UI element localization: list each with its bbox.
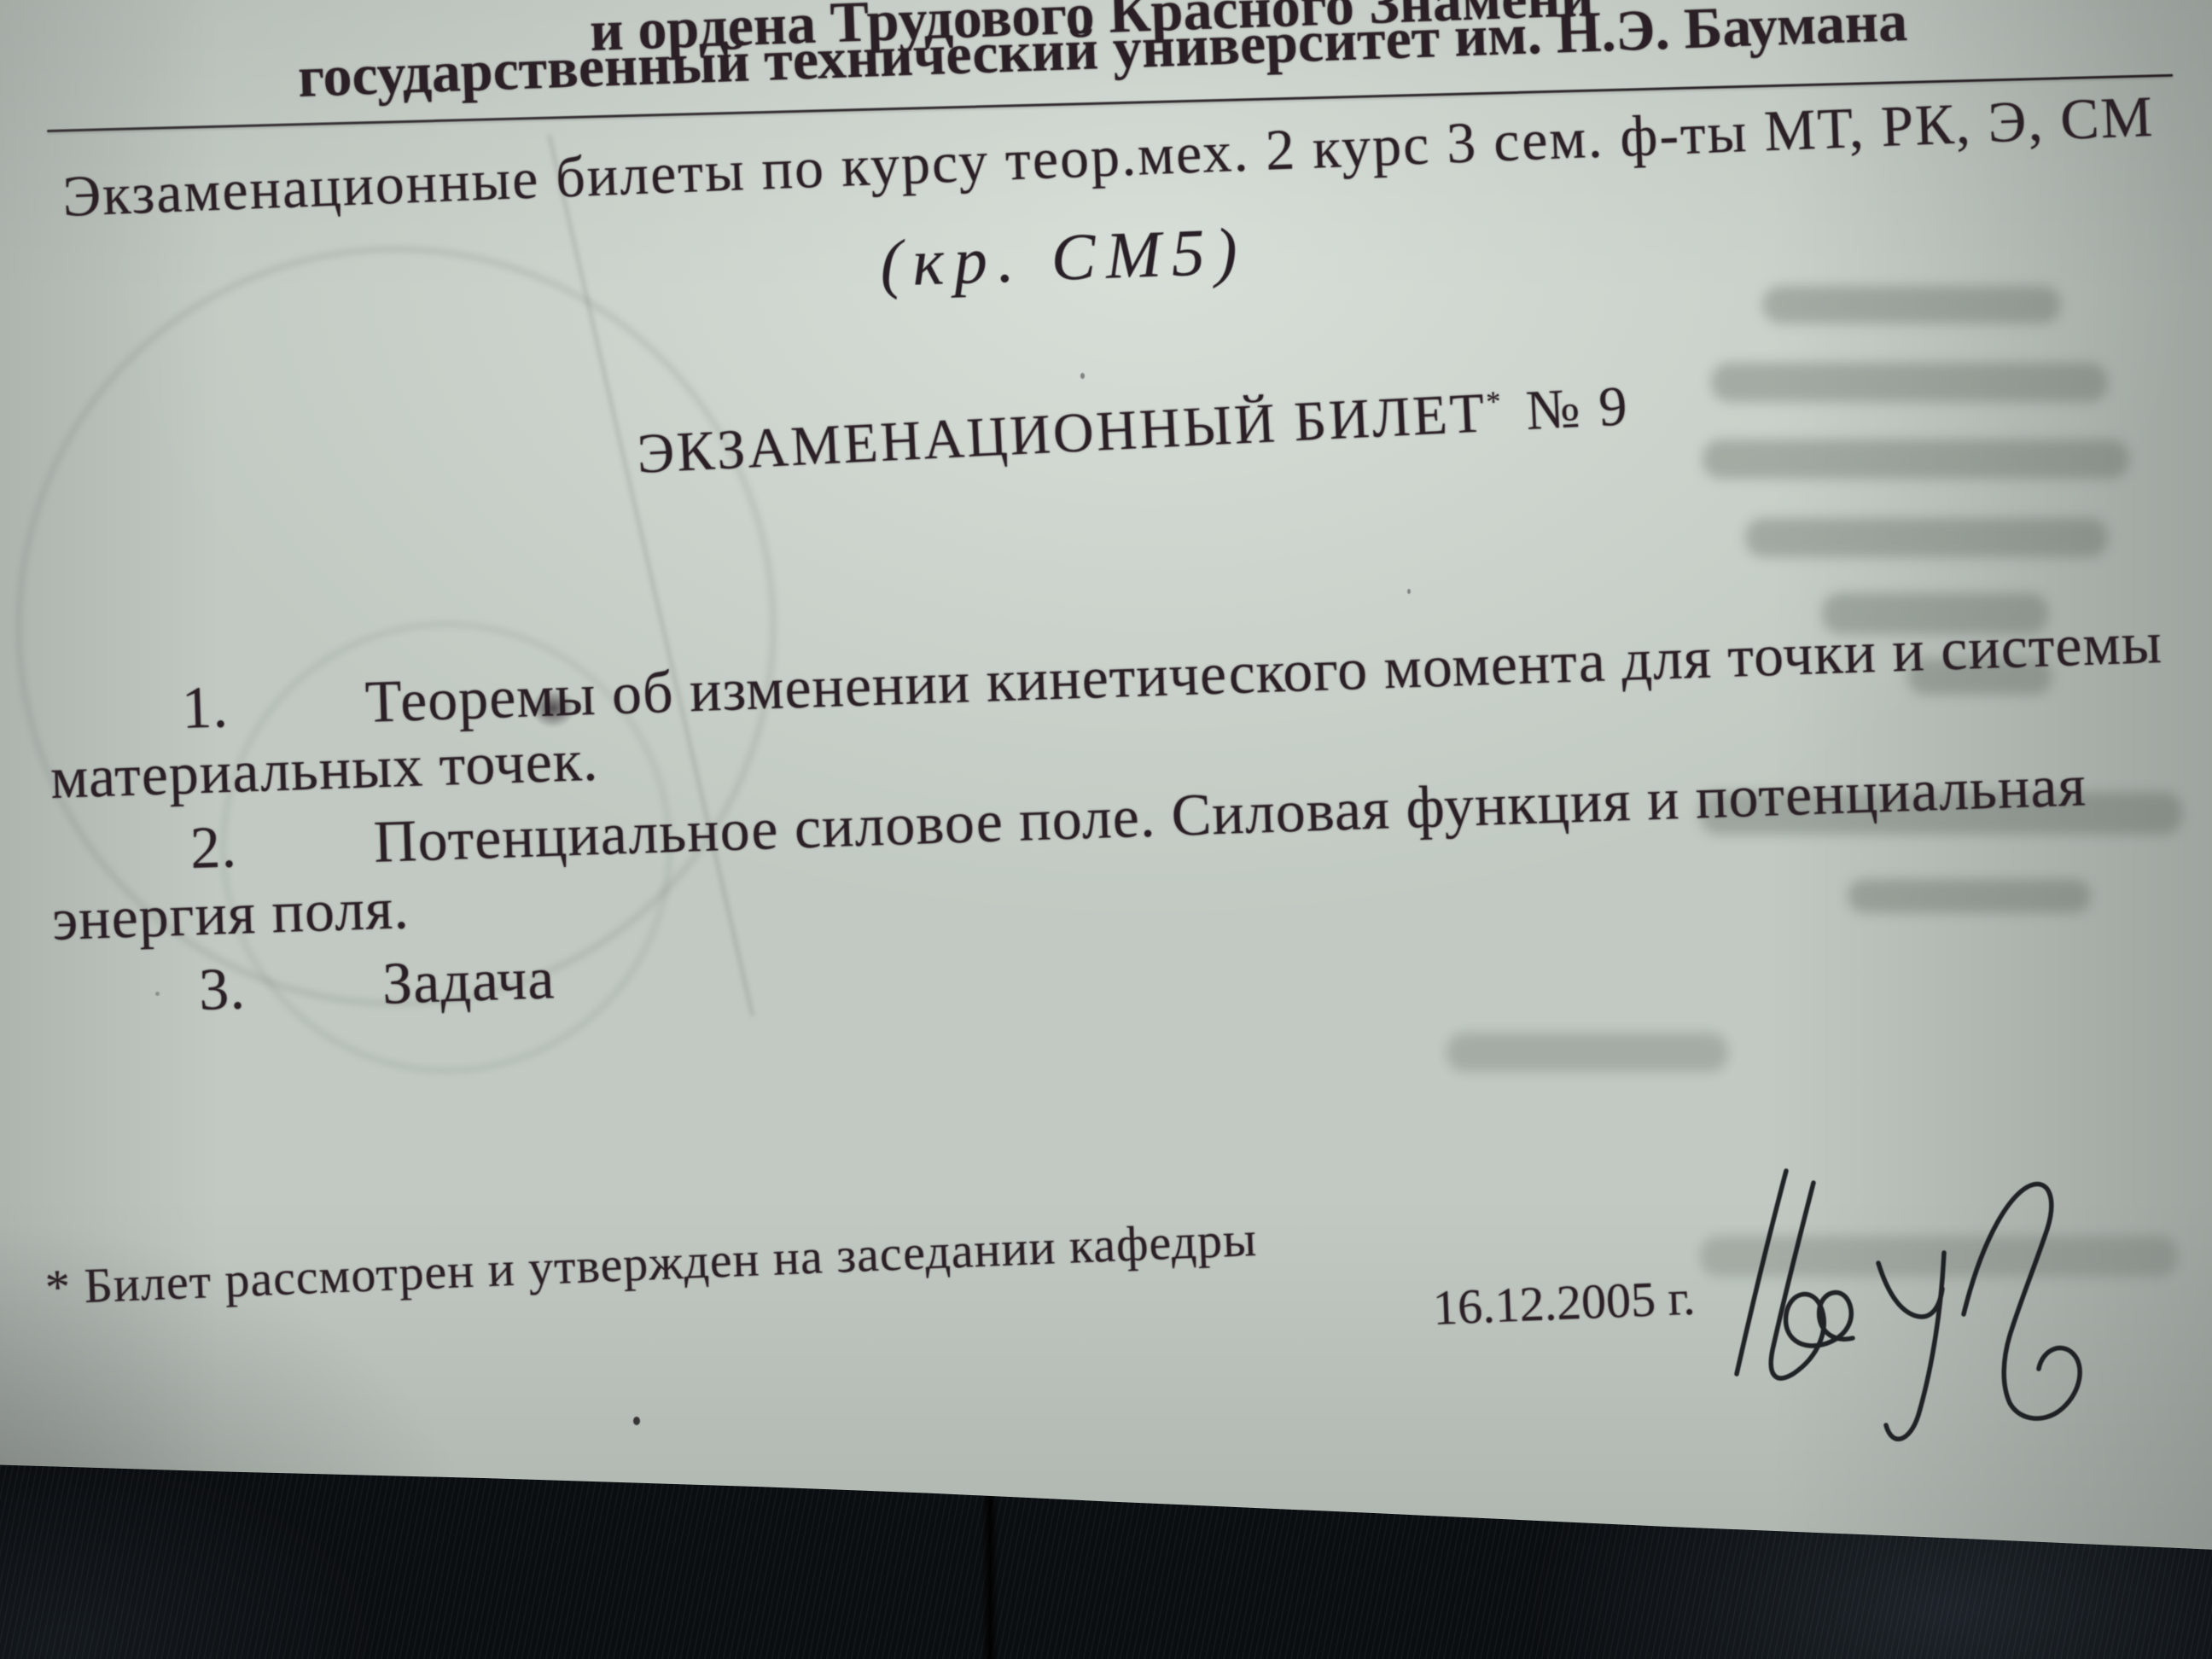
photo-scene: и ордена Трудового Красного Знамени госу… [0,0,2212,1659]
signature [1711,1161,2112,1455]
question-number: 1. [181,673,366,739]
ticket-number: № 9 [1524,375,1631,442]
signature-scribble-icon [1711,1161,2112,1451]
question-text: Теоремы об изменении кинетического момен… [364,610,2163,736]
ticket-title-line: ЭКЗАМЕНАЦИОННЫЙ БИЛЕТ*№ 9 [636,378,1631,483]
question-line: 1.Теоремы об изменении кинетического мом… [181,614,2163,739]
ticket-footnote-marker: * [1485,385,1504,418]
ink-smudge [521,680,585,736]
question-text: Задача [381,946,556,1017]
question-line-continuation: материальных точек. [49,731,599,809]
question-text: Потенциальное силовое поле. Силовая функ… [373,753,2087,876]
document-content: и ордена Трудового Красного Знамени госу… [0,0,2212,1659]
paper-sheet: и ордена Трудового Красного Знамени госу… [0,0,2212,1659]
approval-date: 16.12.2005 г. [1432,1273,1696,1333]
university-header-line2: государственный технический университет … [297,0,1908,106]
exam-series-subtitle: Экзаменационные билеты по курсу теор.мех… [61,87,2155,225]
handwritten-course-note: (кр. СМ5) [879,218,1249,297]
ticket-title: ЭКЗАМЕНАЦИОННЫЙ БИЛЕТ [636,381,1488,486]
question-line-continuation: энергия поля. [51,879,410,951]
question-number: 2. [189,813,375,879]
fabric-seam [981,1468,998,1659]
footnote: * Билет рассмотрен и утвержден на заседа… [44,1214,1258,1313]
question-line: 3.Задача [198,949,556,1021]
question-number: 3. [198,955,383,1021]
